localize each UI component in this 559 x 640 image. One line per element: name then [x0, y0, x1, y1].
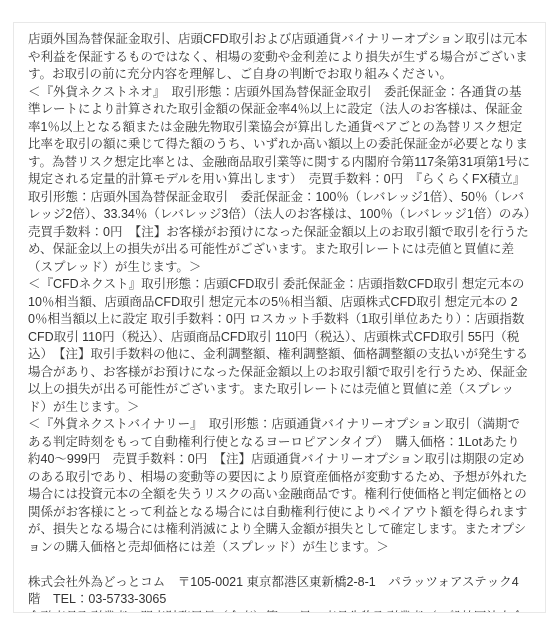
section-cfd-next: ＜『CFDネクスト』取引形態：店頭CFD取引 委託保証金：店頭指数CFD取引 想… [28, 276, 531, 416]
risk-disclaimer-panel: 店頭外国為替保証金取引、店頭CFD取引および店頭通貨バイナリーオプション取引は元… [13, 22, 546, 613]
company-address-line: 株式会社外為どっとコム 〒105-0021 東京都港区東新橋2-8-1 パラッツ… [28, 574, 531, 609]
risk-warning-intro: 店頭外国為替保証金取引、店頭CFD取引および店頭通貨バイナリーオプション取引は元… [28, 31, 531, 84]
section-gaika-next-binary: ＜『外貨ネクストバイナリー』 取引形態：店頭通貨バイナリーオプション取引（満期で… [28, 416, 531, 556]
company-registration-line: 金融商品取引業者 関東財務局長（金商）第262号 商品先物取引業者／一般社団法人… [28, 609, 531, 614]
section-gaika-next-neo: ＜『外貨ネクストネオ』 取引形態：店頭外国為替保証金取引 委託保証金：各通貨の基… [28, 84, 531, 277]
